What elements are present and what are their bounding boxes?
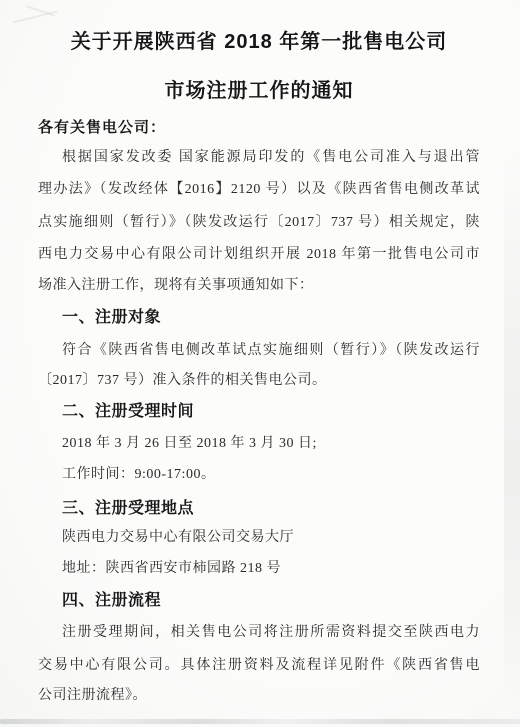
section-heading: 二、注册受理时间 [62,396,194,428]
body-text-line: 西电力交易中心有限公司计划组织开展 2018 年第一批售电公司市 [38,239,480,271]
body-text-line: 公司注册流程》。 [38,680,147,712]
document-title-line: 关于开展陕西省 2018 年第一批售电公司 [38,26,480,58]
body-text-line: 2018 年 3 月 26 日至 2018 年 3 月 30 日; [62,428,317,460]
body-text-line: 陕西电力交易中心有限公司交易大厅 [62,522,294,554]
document-body: 关于开展陕西省 2018 年第一批售电公司市场注册工作的通知各有关售电公司：根据… [38,0,480,727]
salutation-line: 各有关售电公司： [38,112,166,144]
body-text-line: 理办法》（发改经体【2016】2120 号）以及《陕西省售电侧改革试 [38,174,480,206]
body-text-line: 交易中心有限公司。具体注册资料及流程详见附件《陕西省售电 [38,650,480,682]
document-page: 关于开展陕西省 2018 年第一批售电公司市场注册工作的通知各有关售电公司：根据… [0,0,520,727]
body-text-line: 注册受理期间，相关售电公司将注册所需资料提交至陕西电力 [62,617,480,649]
document-title-line: 市场注册工作的通知 [38,75,480,107]
body-text-line: 根据国家发改委 国家能源局印发的《售电公司准入与退出管 [62,142,480,174]
section-heading: 三、注册受理地点 [62,493,194,525]
body-text-line: 场准入注册工作，现将有关事项通知如下： [38,270,314,302]
body-text-line: 点实施细则（暂行）》（陕发改运行〔2017〕737 号）相关规定，陕 [38,207,480,239]
section-heading: 四、注册流程 [62,585,161,617]
body-text-line: 工作时间：9:00-17:00。 [62,459,215,491]
body-text-line: 〔2017〕737 号）准入条件的相关售电公司。 [38,365,327,397]
body-text-line: 符合《陕西省售电侧改革试点实施细则（暂行）》（陕发改运行 [62,335,480,367]
body-text-line: 地址：陕西省西安市柿园路 218 号 [62,553,281,585]
scan-streak-right-edge [504,140,520,700]
section-heading: 一、注册对象 [62,302,161,334]
